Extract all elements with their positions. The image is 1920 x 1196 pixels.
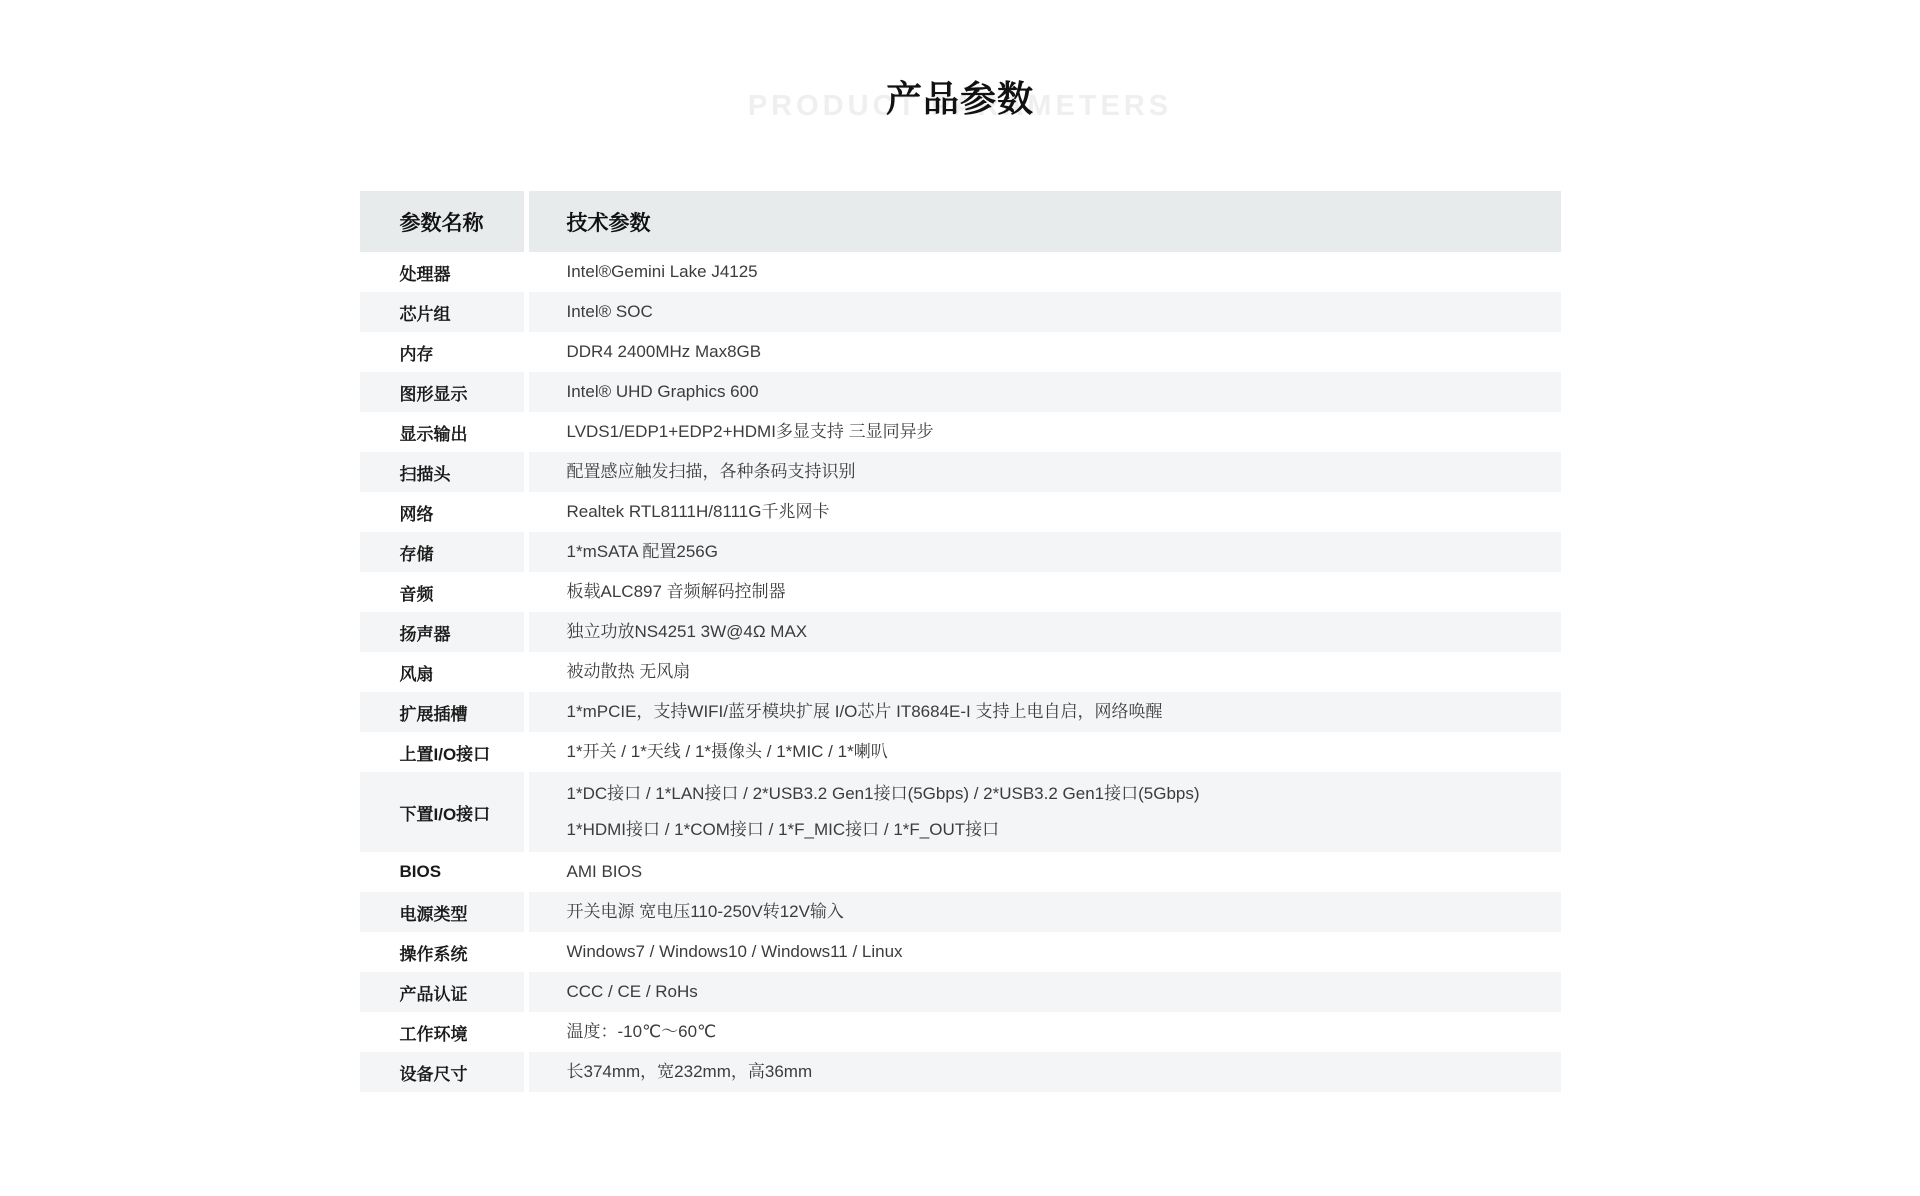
- header-cell-tech-param: 技术参数: [529, 191, 1561, 252]
- param-value-cell: DDR4 2400MHz Max8GB: [529, 332, 1561, 372]
- param-value-line: Intel®Gemini Lake J4125: [567, 260, 1561, 284]
- param-value-line: 1*mSATA 配置256G: [567, 540, 1561, 564]
- page-header: PRODUCT PARAMETERS 产品参数: [0, 0, 1920, 191]
- param-name-cell: 电源类型: [360, 892, 524, 932]
- param-name-cell: 网络: [360, 492, 524, 532]
- param-value-line: 1*DC接口 / 1*LAN接口 / 2*USB3.2 Gen1接口(5Gbps…: [567, 776, 1561, 812]
- param-value-cell: 长374mm，宽232mm，高36mm: [529, 1052, 1561, 1092]
- param-name-cell: 产品认证: [360, 972, 524, 1012]
- param-name-cell: BIOS: [360, 852, 524, 892]
- param-value-cell: 被动散热 无风扇: [529, 652, 1561, 692]
- param-name-cell: 芯片组: [360, 292, 524, 332]
- param-value-cell: Intel® UHD Graphics 600: [529, 372, 1561, 412]
- table-row: 扬声器独立功放NS4251 3W@4Ω MAX: [360, 612, 1561, 652]
- table-row: 图形显示Intel® UHD Graphics 600: [360, 372, 1561, 412]
- param-name-cell: 扫描头: [360, 452, 524, 492]
- param-value-line: 被动散热 无风扇: [567, 660, 1561, 684]
- param-value-line: 板载ALC897 音频解码控制器: [567, 580, 1561, 604]
- table-row: 产品认证CCC / CE / RoHs: [360, 972, 1561, 1012]
- param-value-line: LVDS1/EDP1+EDP2+HDMI多显支持 三显同异步: [567, 420, 1561, 444]
- param-name-cell: 风扇: [360, 652, 524, 692]
- table-row: 网络Realtek RTL8111H/8111G千兆网卡: [360, 492, 1561, 532]
- param-value-cell: 开关电源 宽电压110-250V转12V输入: [529, 892, 1561, 932]
- param-value-cell: 独立功放NS4251 3W@4Ω MAX: [529, 612, 1561, 652]
- param-value-line: 1*HDMI接口 / 1*COM接口 / 1*F_MIC接口 / 1*F_OUT…: [567, 812, 1561, 848]
- table-row: 显示输出LVDS1/EDP1+EDP2+HDMI多显支持 三显同异步: [360, 412, 1561, 452]
- table-row: 操作系统Windows7 / Windows10 / Windows11 / L…: [360, 932, 1561, 972]
- param-value-cell: 配置感应触发扫描，各种条码支持识别: [529, 452, 1561, 492]
- param-value-line: AMI BIOS: [567, 860, 1561, 884]
- param-value-cell: Intel® SOC: [529, 292, 1561, 332]
- param-value-line: Realtek RTL8111H/8111G千兆网卡: [567, 500, 1561, 524]
- param-value-cell: 温度：-10℃～60℃: [529, 1012, 1561, 1052]
- table-row: 上置I/O接口1*开关 / 1*天线 / 1*摄像头 / 1*MIC / 1*喇…: [360, 732, 1561, 772]
- table-row: 音频板载ALC897 音频解码控制器: [360, 572, 1561, 612]
- param-value-cell: Realtek RTL8111H/8111G千兆网卡: [529, 492, 1561, 532]
- param-value-line: DDR4 2400MHz Max8GB: [567, 340, 1561, 364]
- table-row: 内存DDR4 2400MHz Max8GB: [360, 332, 1561, 372]
- param-name-cell: 下置I/O接口: [360, 772, 524, 852]
- param-value-line: 1*mPCIE，支持WIFI/蓝牙模块扩展 I/O芯片 IT8684E-I 支持…: [567, 700, 1561, 724]
- table-row: 工作环境温度：-10℃～60℃: [360, 1012, 1561, 1052]
- table-row: 扩展插槽1*mPCIE，支持WIFI/蓝牙模块扩展 I/O芯片 IT8684E-…: [360, 692, 1561, 732]
- table-row: 处理器Intel®Gemini Lake J4125: [360, 252, 1561, 292]
- table-row: 电源类型开关电源 宽电压110-250V转12V输入: [360, 892, 1561, 932]
- param-name-cell: 显示输出: [360, 412, 524, 452]
- param-value-cell: AMI BIOS: [529, 852, 1561, 892]
- param-value-line: Intel® SOC: [567, 300, 1561, 324]
- param-value-cell: 板载ALC897 音频解码控制器: [529, 572, 1561, 612]
- table-row: 风扇被动散热 无风扇: [360, 652, 1561, 692]
- param-name-cell: 存储: [360, 532, 524, 572]
- table-row: 设备尺寸长374mm，宽232mm，高36mm: [360, 1052, 1561, 1092]
- table-row: 扫描头配置感应触发扫描，各种条码支持识别: [360, 452, 1561, 492]
- param-value-cell: Intel®Gemini Lake J4125: [529, 252, 1561, 292]
- table-header-row: 参数名称 技术参数: [360, 191, 1561, 252]
- param-name-cell: 内存: [360, 332, 524, 372]
- param-name-cell: 图形显示: [360, 372, 524, 412]
- param-value-line: 长374mm，宽232mm，高36mm: [567, 1060, 1561, 1084]
- table-body: 处理器Intel®Gemini Lake J4125芯片组Intel® SOC内…: [360, 252, 1561, 1092]
- param-value-line: 1*开关 / 1*天线 / 1*摄像头 / 1*MIC / 1*喇叭: [567, 740, 1561, 764]
- header-cell-param-name: 参数名称: [360, 191, 524, 252]
- spec-table: 参数名称 技术参数 处理器Intel®Gemini Lake J4125芯片组I…: [360, 191, 1561, 1092]
- param-value-cell: 1*mPCIE，支持WIFI/蓝牙模块扩展 I/O芯片 IT8684E-I 支持…: [529, 692, 1561, 732]
- param-value-line: 温度：-10℃～60℃: [567, 1020, 1561, 1044]
- param-value-line: CCC / CE / RoHs: [567, 980, 1561, 1004]
- param-name-cell: 设备尺寸: [360, 1052, 524, 1092]
- page-title: 产品参数: [0, 71, 1920, 122]
- table-row: 下置I/O接口1*DC接口 / 1*LAN接口 / 2*USB3.2 Gen1接…: [360, 772, 1561, 852]
- param-value-line: 配置感应触发扫描，各种条码支持识别: [567, 460, 1561, 484]
- param-value-cell: 1*mSATA 配置256G: [529, 532, 1561, 572]
- param-value-line: 开关电源 宽电压110-250V转12V输入: [567, 900, 1561, 924]
- param-name-cell: 扬声器: [360, 612, 524, 652]
- param-value-cell: Windows7 / Windows10 / Windows11 / Linux: [529, 932, 1561, 972]
- param-value-cell: 1*DC接口 / 1*LAN接口 / 2*USB3.2 Gen1接口(5Gbps…: [529, 772, 1561, 852]
- param-name-cell: 扩展插槽: [360, 692, 524, 732]
- param-value-cell: CCC / CE / RoHs: [529, 972, 1561, 1012]
- param-value-line: Windows7 / Windows10 / Windows11 / Linux: [567, 940, 1561, 964]
- param-value-cell: 1*开关 / 1*天线 / 1*摄像头 / 1*MIC / 1*喇叭: [529, 732, 1561, 772]
- param-name-cell: 上置I/O接口: [360, 732, 524, 772]
- param-name-cell: 音频: [360, 572, 524, 612]
- param-value-line: Intel® UHD Graphics 600: [567, 380, 1561, 404]
- param-value-line: 独立功放NS4251 3W@4Ω MAX: [567, 620, 1561, 644]
- param-name-cell: 操作系统: [360, 932, 524, 972]
- param-name-cell: 处理器: [360, 252, 524, 292]
- table-row: BIOSAMI BIOS: [360, 852, 1561, 892]
- table-row: 存储1*mSATA 配置256G: [360, 532, 1561, 572]
- param-value-cell: LVDS1/EDP1+EDP2+HDMI多显支持 三显同异步: [529, 412, 1561, 452]
- table-row: 芯片组Intel® SOC: [360, 292, 1561, 332]
- param-name-cell: 工作环境: [360, 1012, 524, 1052]
